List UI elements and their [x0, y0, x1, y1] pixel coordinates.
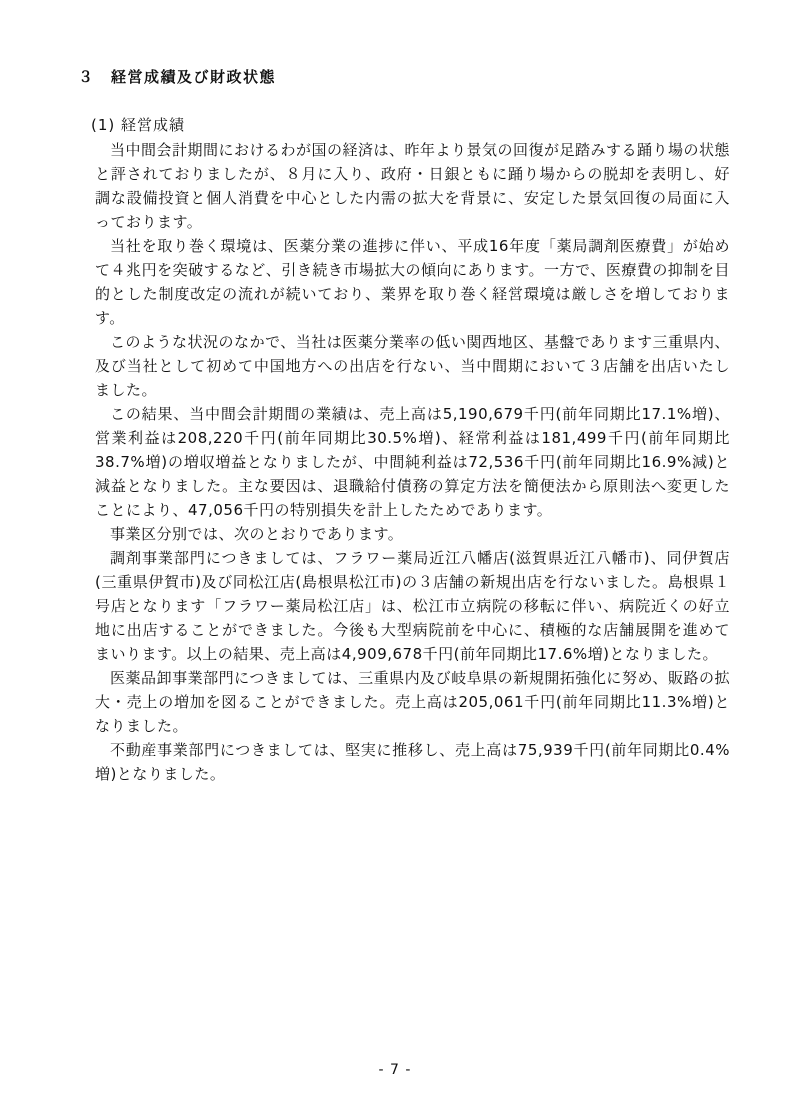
paragraph-industry-environment: 当社を取り巻く環境は、医薬分業の進捗に伴い、平成16年度「薬局調剤医療費」が始め… — [95, 234, 730, 330]
subsection-heading: (1) 経営成績 — [91, 114, 185, 135]
paragraph-economy-overview: 当中間会計期間におけるわが国の経済は、昨年より景気の回復が足踏みする踊り場の状態… — [95, 138, 730, 234]
paragraph-financial-results: この結果、当中間会計期間の業績は、売上高は5,190,679千円(前年同期比17… — [95, 402, 730, 522]
paragraph-dispensing-segment: 調剤事業部門につきましては、フラワー薬局近江八幡店(滋賀県近江八幡市)、同伊賀店… — [95, 546, 730, 666]
paragraph-segment-intro: 事業区分別では、次のとおりであります。 — [95, 522, 730, 546]
page-number: - 7 - — [0, 1062, 790, 1078]
paragraph-store-openings: このような状況のなかで、当社は医薬分業率の低い関西地区、基盤であります三重県内、… — [95, 330, 730, 402]
paragraph-wholesale-segment: 医薬品卸事業部門につきましては、三重県内及び岐阜県の新規開拓強化に努め、販路の拡… — [95, 666, 730, 738]
section-heading: ３ 経営成績及び財政状態 — [78, 66, 276, 87]
document-body: 当中間会計期間におけるわが国の経済は、昨年より景気の回復が足踏みする踊り場の状態… — [95, 138, 730, 786]
document-page: ３ 経営成績及び財政状態 (1) 経営成績 当中間会計期間におけるわが国の経済は… — [0, 0, 790, 1118]
paragraph-realestate-segment: 不動産事業部門につきましては、堅実に推移し、売上高は75,939千円(前年同期比… — [95, 738, 730, 786]
